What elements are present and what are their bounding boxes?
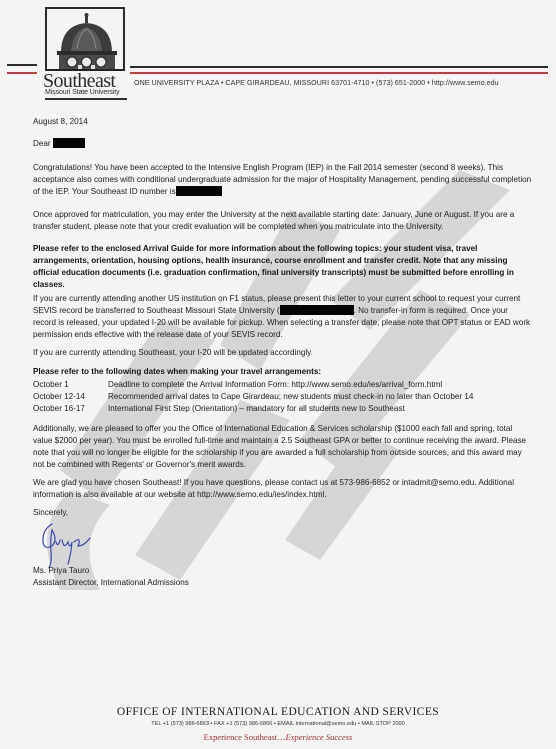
letter-date: August 8, 2014 [33,116,533,128]
paragraph-acceptance: Congratulations! You have been accepted … [33,162,533,198]
date-label: October 12-14 [33,391,108,403]
tagline-part-1: Experience Southeast… [204,732,286,742]
logo-wordmark: Southeast [43,71,129,91]
salutation: Dear [33,138,533,150]
date-row: October 1Deadline to complete the Arriva… [33,379,442,391]
handwritten-signature [38,520,98,570]
dates-heading-text: Please refer to the following dates when… [33,366,533,378]
paragraph-current-students: If you are currently attending Southeast… [33,347,533,359]
signer-title: Assistant Director, International Admiss… [33,577,533,589]
paragraph-acceptance-text: Congratulations! You have been accepted … [33,163,531,196]
footer-contact-line: TEL +1 (573) 986-6863 • FAX +1 (573) 986… [0,721,556,727]
logo-subtitle: Missouri State University [45,89,127,100]
redacted-recipient-name [53,138,85,148]
date-description: Recommended arrival dates to Cape Girard… [108,392,473,401]
footer-tagline: Experience Southeast…Experience Success [0,732,556,742]
university-dome-logo [45,7,125,71]
header-rule-red-left [7,72,37,74]
paragraph-matriculation: Once approved for matriculation, you may… [33,209,533,233]
paragraph-scholarship: Additionally, we are pleased to offer yo… [33,423,533,471]
paragraph-sevis-transfer: If you are currently attending another U… [33,293,533,341]
signer-name: Ms. Priya Tauro [33,565,533,577]
tagline-part-2: Experience Success [286,732,353,742]
paragraph-contact: We are glad you have chosen Southeast! I… [33,477,533,501]
redacted-student-id [176,186,222,196]
letterhead-address: ONE UNIVERSITY PLAZA • CAPE GIRARDEAU, M… [134,79,499,87]
date-row: October 12-14Recommended arrival dates t… [33,391,473,403]
letter-page: Southeast Missouri State University ONE … [0,0,556,749]
header-rule-dark-right [130,66,548,68]
date-row: October 16-17International First Step (O… [33,403,405,415]
date-description: International First Step (Orientation) –… [108,404,405,413]
footer-office-name: OFFICE OF INTERNATIONAL EDUCATION AND SE… [0,706,556,718]
paragraph-arrival-guide: Please refer to the enclosed Arrival Gui… [33,243,533,291]
date-description: Deadline to complete the Arrival Informa… [108,380,442,389]
redacted-sevis-code [280,305,354,315]
header-rule-dark-left [7,64,37,66]
date-label: October 1 [33,379,108,391]
salutation-text: Dear [33,139,51,148]
closing: Sincerely, [33,507,533,519]
date-label: October 16-17 [33,403,108,415]
header-rule-red-right [130,72,548,74]
